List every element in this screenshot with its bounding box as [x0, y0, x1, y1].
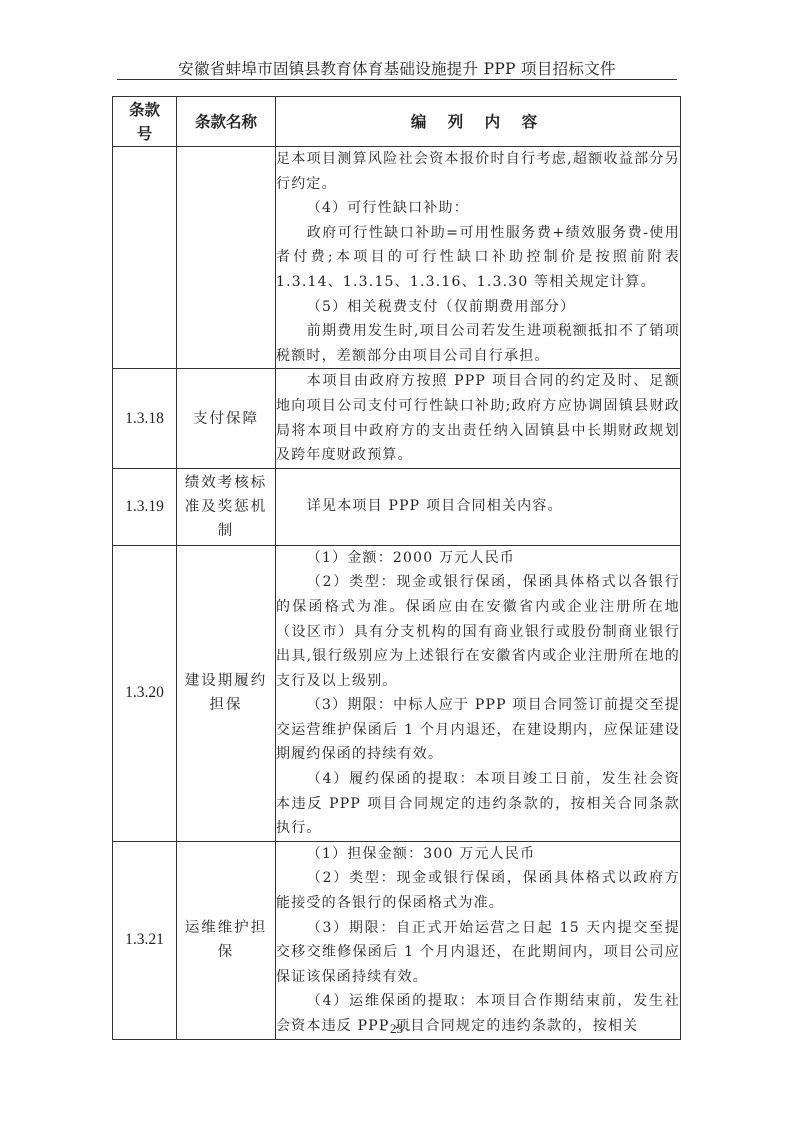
paragraph: 政府可行性缺口补助=可用性服务费+绩效服务费-使用者付费;本项目的可行性缺口补助… — [276, 221, 680, 295]
clause-name: 绩效考核标准及奖惩机制 — [177, 468, 276, 545]
paragraph: （1）担保金额：300 万元人民币 — [276, 842, 680, 867]
header-rule — [117, 79, 677, 80]
clause-no: 1.3.20 — [113, 545, 177, 841]
running-header: 安徽省蚌埠市固镇县教育体育基础设施提升 PPP 项目招标文件 — [117, 57, 677, 79]
paragraph: （2）类型：现金或银行保函，保函具体格式以政府方能接受的各银行的保函格式为准。 — [276, 866, 680, 915]
header-clause-name: 条款名称 — [177, 97, 276, 147]
page-number: - 23 - — [0, 1021, 793, 1037]
paragraph: （2）类型：现金或银行保函，保函具体格式以各银行的保函格式为准。保函应由在安徽省… — [276, 570, 680, 693]
clause-content: （1）金额：2000 万元人民币 （2）类型：现金或银行保函，保函具体格式以各银… — [276, 545, 681, 841]
clause-name: 支付保障 — [177, 369, 276, 468]
clause-content: 本项目由政府方按照 PPP 项目合同的约定及时、足额地向项目公司支付可行性缺口补… — [276, 369, 681, 468]
paragraph: （4）可行性缺口补助： — [276, 196, 680, 221]
clause-table: 条款号 条款名称 编 列 内 容 足本项目测算风险社会资本报价时自行考虑,超额收… — [112, 96, 681, 1040]
clause-content: 详见本项目 PPP 项目合同相关内容。 — [276, 468, 681, 545]
table-header-row: 条款号 条款名称 编 列 内 容 — [113, 97, 681, 147]
paragraph: 详见本项目 PPP 项目合同相关内容。 — [276, 494, 680, 519]
paragraph: （3）期限：自正式开始运营之日起 15 天内提交至提交移交维修保函后 1 个月内… — [276, 916, 680, 990]
clause-content: （1）担保金额：300 万元人民币 （2）类型：现金或银行保函，保函具体格式以政… — [276, 841, 681, 1039]
table-row: 足本项目测算风险社会资本报价时自行考虑,超额收益部分另行约定。 （4）可行性缺口… — [113, 147, 681, 369]
table-row: 1.3.19 绩效考核标准及奖惩机制 详见本项目 PPP 项目合同相关内容。 — [113, 468, 681, 545]
paragraph: 本项目由政府方按照 PPP 项目合同的约定及时、足额地向项目公司支付可行性缺口补… — [276, 369, 680, 467]
clause-name: 运维维护担保 — [177, 841, 276, 1039]
paragraph: （1）金额：2000 万元人民币 — [276, 546, 680, 571]
table-row: 1.3.21 运维维护担保 （1）担保金额：300 万元人民币 （2）类型：现金… — [113, 841, 681, 1039]
clause-no: 1.3.19 — [113, 468, 177, 545]
clause-name: 建设期履约担保 — [177, 545, 276, 841]
clause-name — [177, 147, 276, 369]
paragraph: （5）相关税费支付（仅前期费用部分） — [276, 295, 680, 320]
header-content: 编 列 内 容 — [276, 97, 681, 147]
table-row: 1.3.18 支付保障 本项目由政府方按照 PPP 项目合同的约定及时、足额地向… — [113, 369, 681, 468]
header-clause-no: 条款号 — [113, 97, 177, 147]
clause-no: 1.3.18 — [113, 369, 177, 468]
table-row: 1.3.20 建设期履约担保 （1）金额：2000 万元人民币 （2）类型：现金… — [113, 545, 681, 841]
paragraph: （3）期限：中标人应于 PPP 项目合同签订前提交至提交运营维护保函后 1 个月… — [276, 693, 680, 767]
paragraph: （4）履约保函的提取：本项目竣工日前，发生社会资本违反 PPP 项目合同规定的违… — [276, 767, 680, 841]
paragraph: 足本项目测算风险社会资本报价时自行考虑,超额收益部分另行约定。 — [276, 147, 680, 196]
clause-no — [113, 147, 177, 369]
clause-content: 足本项目测算风险社会资本报价时自行考虑,超额收益部分另行约定。 （4）可行性缺口… — [276, 147, 681, 369]
clause-no: 1.3.21 — [113, 841, 177, 1039]
paragraph: 前期费用发生时,项目公司若发生进项税额抵扣不了销项税额时，差额部分由项目公司自行… — [276, 319, 680, 368]
